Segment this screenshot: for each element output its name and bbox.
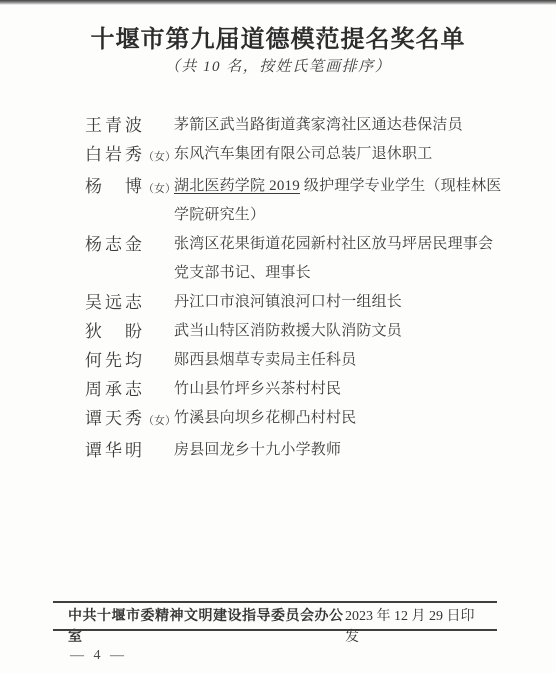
person-description: 武当山特区消防救援大队消防文员: [174, 317, 515, 346]
name-cell: 吴远志: [85, 288, 174, 317]
person-description: 房县回龙乡十九小学教师: [174, 436, 515, 465]
person-description: 竹溪县向坝乡花柳凸村村民: [174, 404, 515, 433]
name-cell: 周承志: [85, 375, 174, 404]
gender-marker: （女）: [143, 143, 176, 172]
description-cell: 武当山特区消防救援大队消防文员: [174, 317, 515, 346]
footer-issuer: 中共十堰市委精神文明建设指导委员会办公室: [68, 606, 345, 648]
list-item: 杨 博 （女） 湖北医药学院 2019 级护理学专业学生（现桂林医 学院研究生）: [85, 172, 515, 230]
person-description: 学院研究生）: [174, 201, 515, 230]
document-page: 十堰市第九届道德模范提名奖名单 （共 10 名，按姓氏笔画排序） 王青波 茅箭区…: [0, 0, 556, 673]
description-cell: 竹溪县向坝乡花柳凸村村民: [174, 404, 515, 433]
description-cell: 竹山县竹坪乡兴茶村村民: [174, 375, 515, 404]
list-item: 谭天秀 （女） 竹溪县向坝乡花柳凸村村民: [85, 404, 515, 436]
list-item: 白岩秀 （女） 东风汽车集团有限公司总装厂退休职工: [85, 140, 515, 172]
person-name: 谭华明: [85, 436, 145, 465]
description-cell: 房县回龙乡十九小学教师: [174, 436, 515, 465]
list-item: 周承志 竹山县竹坪乡兴茶村村民: [85, 375, 515, 404]
person-name: 狄 盼: [85, 317, 145, 346]
description-cell: 茅箭区武当路街道龚家湾社区通达巷保洁员: [174, 111, 515, 140]
person-description: 东风汽车集团有限公司总装厂退休职工: [174, 140, 515, 169]
name-cell: 白岩秀 （女）: [85, 140, 174, 172]
name-cell: 杨志金: [85, 230, 174, 259]
description-cell: 丹江口市浪河镇浪河口村一组组长: [174, 288, 515, 317]
award-list: 王青波 茅箭区武当路街道龚家湾社区通达巷保洁员 白岩秀 （女） 东风汽车集团有限…: [85, 111, 515, 465]
page-number: — 4 —: [70, 648, 127, 664]
person-name: 周承志: [85, 375, 145, 404]
scan-edge-artifact: [0, 0, 556, 5]
page-title: 十堰市第九届道德模范提名奖名单: [0, 19, 556, 54]
name-cell: 狄 盼: [85, 317, 174, 346]
gender-marker: （女）: [143, 407, 176, 436]
footer-print-date: 2023 年 12 月 29 日印发: [345, 606, 482, 648]
list-item: 杨志金 张湾区花果街道花园新村社区放马坪居民理事会 党支部书记、理事长: [85, 230, 515, 288]
list-item: 谭华明 房县回龙乡十九小学教师: [85, 436, 515, 465]
description-cell: 东风汽车集团有限公司总装厂退休职工: [174, 140, 515, 169]
person-name: 王青波: [85, 111, 145, 140]
person-description: 党支部书记、理事长: [174, 259, 515, 288]
name-cell: 谭华明: [85, 436, 174, 465]
list-item: 王青波 茅箭区武当路街道龚家湾社区通达巷保洁员: [85, 111, 515, 140]
list-item: 狄 盼 武当山特区消防救援大队消防文员: [85, 317, 515, 346]
person-description: 茅箭区武当路街道龚家湾社区通达巷保洁员: [174, 111, 515, 140]
list-item: 吴远志 丹江口市浪河镇浪河口村一组组长: [85, 288, 515, 317]
description-cell: 郧西县烟草专卖局主任科员: [174, 346, 515, 375]
name-cell: 何先均: [85, 346, 174, 375]
person-description: 湖北医药学院 2019 级护理学专业学生（现桂林医: [174, 172, 515, 201]
person-name: 杨 博: [85, 172, 145, 201]
page-subtitle: （共 10 名，按姓氏笔画排序）: [0, 55, 556, 76]
person-name: 白岩秀: [85, 140, 145, 169]
name-cell: 杨 博 （女）: [85, 172, 174, 204]
person-name: 谭天秀: [85, 404, 145, 433]
gender-marker: （女）: [143, 175, 176, 204]
person-description: 丹江口市浪河镇浪河口村一组组长: [174, 288, 515, 317]
name-cell: 谭天秀 （女）: [85, 404, 174, 436]
person-name: 何先均: [85, 346, 145, 375]
person-description: 郧西县烟草专卖局主任科员: [174, 346, 515, 375]
footer-row: 中共十堰市委精神文明建设指导委员会办公室 2023 年 12 月 29 日印发: [68, 606, 482, 648]
person-name: 吴远志: [85, 288, 145, 317]
person-description: 竹山县竹坪乡兴茶村村民: [174, 375, 515, 404]
list-item: 何先均 郧西县烟草专卖局主任科员: [85, 346, 515, 375]
person-name: 杨志金: [85, 230, 145, 259]
footer-rule-bottom: [53, 629, 497, 631]
footer-rule-top: [53, 601, 497, 603]
description-cell: 湖北医药学院 2019 级护理学专业学生（现桂林医 学院研究生）: [174, 172, 515, 230]
description-cell: 张湾区花果街道花园新村社区放马坪居民理事会 党支部书记、理事长: [174, 230, 515, 288]
name-cell: 王青波: [85, 111, 174, 140]
person-description: 张湾区花果街道花园新村社区放马坪居民理事会: [174, 230, 515, 259]
